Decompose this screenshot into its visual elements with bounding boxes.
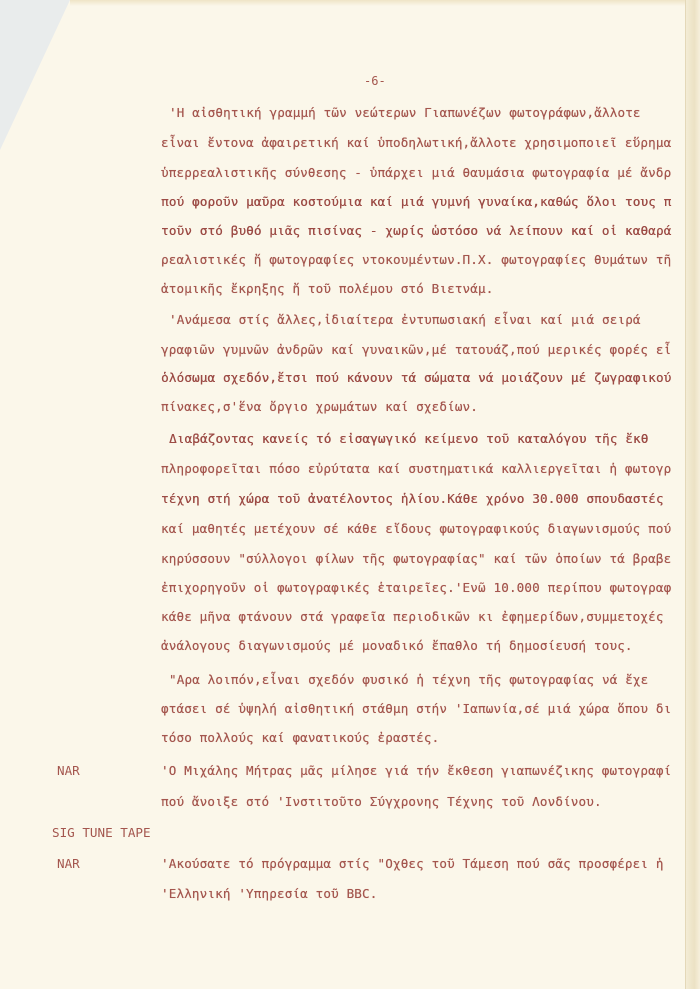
body-line: τόσο πολλούς καί φανατικούς ἐραστές. <box>161 730 439 745</box>
body-line: κηρύσσουν "σύλλογοι φίλων τῆς φωτογραφία… <box>161 551 671 566</box>
paper-right-edge <box>685 0 700 989</box>
body-line: "Αρα λοιπόν,εἶναι σχεδόν φυσικό ἡ τέχνη … <box>169 672 648 687</box>
body-line: 'Η αἰσθητική γραμμή τῶν νεώτερων Γιαπωνέ… <box>169 105 641 120</box>
body-line: ἀνάλογους διαγωνισμούς μέ μοναδικό ἔπαθλ… <box>161 638 633 653</box>
body-line: καί μαθητές μετέχουν σέ κάθε εἴδους φωτο… <box>161 521 671 536</box>
body-line: πού φοροῦν μαῦρα κοστούμια καί μιά γυμνή… <box>161 194 671 209</box>
body-line: 'Ανάμεσα στίς ἄλλες,ἰδιαίτερα ἐντυπωσιακ… <box>169 312 641 327</box>
paper-sheet: -6- 'Η αἰσθητική γραμμή τῶν νεώτερων Για… <box>0 0 700 989</box>
script-line: 'Ακούσατε τό πρόγραμμα στίς "Οχθες τοῦ Τ… <box>161 856 664 871</box>
body-line: εἶναι ἔντονα ἀφαιρετική καί ὑποδηλωτική,… <box>161 135 671 150</box>
script-line: 'Ο Μιχάλης Μήτρας μᾶς μίλησε γιά τήν ἔκθ… <box>161 763 671 778</box>
body-line: τέχνη στή χώρα τοῦ ἀνατέλοντος ἡλίου.Κάθ… <box>161 491 664 506</box>
body-line: γραφιῶν γυμνῶν ἀνδρῶν καί γυναικῶν,μέ τα… <box>161 342 671 357</box>
body-line: πίνακες,σ'ἕνα ὄργιο χρωμάτων καί σχεδίων… <box>161 399 478 414</box>
script-cue-nar: NAR <box>57 763 80 778</box>
body-line: ρεαλιστικές ἤ φωτογραφίες ντοκουμέντων.Π… <box>161 252 671 267</box>
body-line: τοῦν στό βυθό μιᾶς πισίνας - χωρίς ὡστόσ… <box>161 223 671 238</box>
body-line: ὑπερρεαλιστικῆς σύνθεσης - ὑπάρχει μιά θ… <box>161 165 671 180</box>
script-line: 'Ελληνική 'Υπηρεσία τοῦ BBC. <box>161 886 378 901</box>
body-line: ἐπιχορηγοῦν οἱ φωτογραφικές ἑταιρεῖες.'Ε… <box>161 580 671 595</box>
page-number: -6- <box>364 74 386 88</box>
body-line: Διαβάζοντας κανείς τό εἰσαγωγικό κείμενο… <box>169 431 648 446</box>
script-line: πού ἄνοιξε στό 'Ινστιτοῦτο Σύγχρονης Τέχ… <box>161 794 602 809</box>
body-line: κάθε μῆνα φτάνουν στά γραφεῖα περιοδικῶν… <box>161 609 664 624</box>
script-cue-nar: NAR <box>57 856 80 871</box>
body-line: πληροφορεῖται πόσο εὐρύτατα καί συστηματ… <box>161 461 671 476</box>
body-line: φτάσει σέ ὑψηλή αἰσθητική στάθμη στήν 'Ι… <box>161 701 671 716</box>
body-line: ὁλόσωμα σχεδόν,ἔτσι πού κάνουν τά σώματα… <box>161 370 671 385</box>
paper-top-edge <box>70 0 700 6</box>
script-cue-sig-tune-tape: SIG TUNE TAPE <box>52 825 151 840</box>
body-line: ἀτομικῆς ἔκρηξης ἤ τοῦ πολέμου στό Βιετν… <box>161 281 493 296</box>
